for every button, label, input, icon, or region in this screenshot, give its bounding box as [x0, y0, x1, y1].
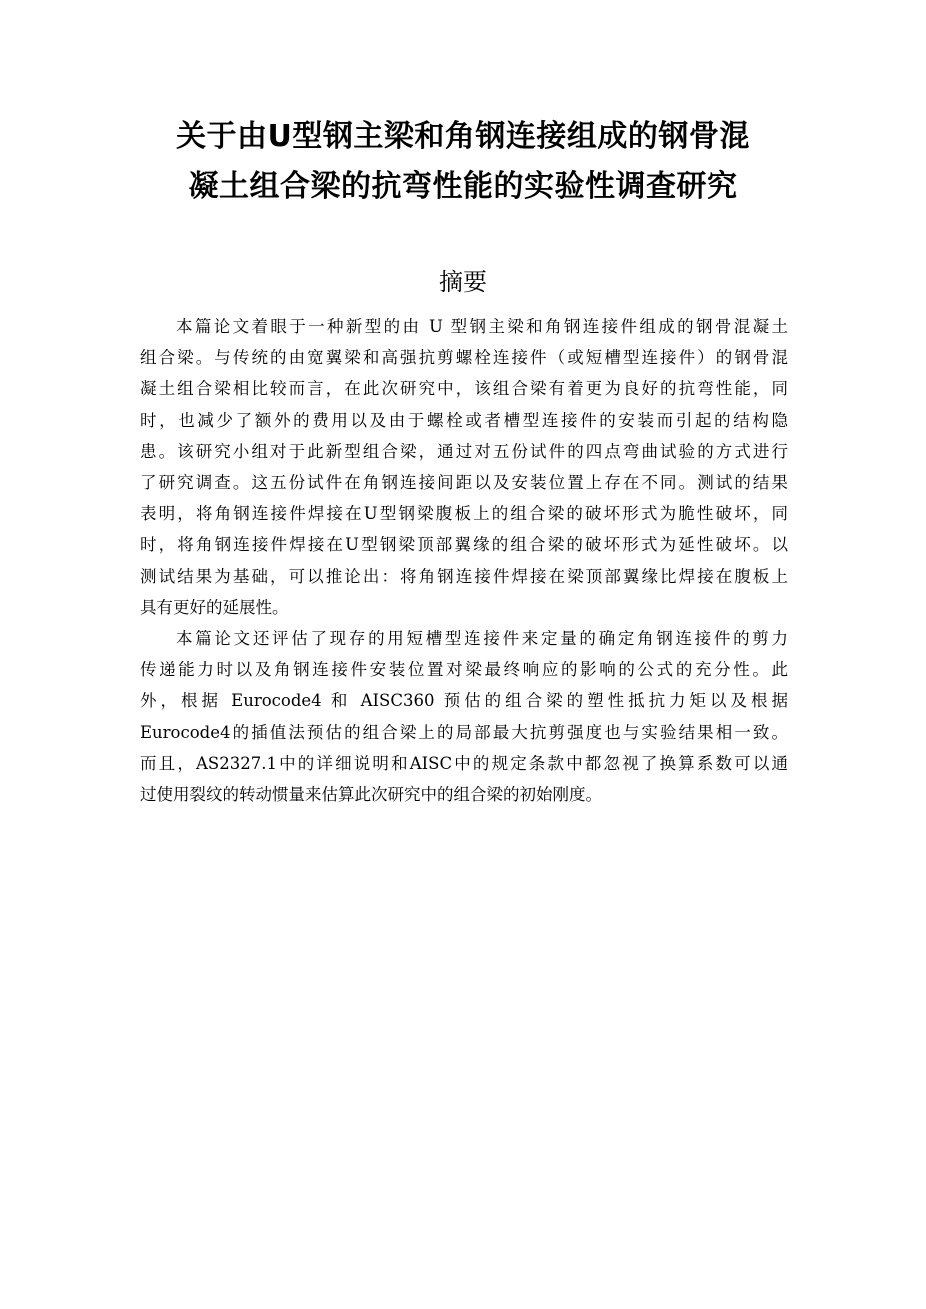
paragraph-line: Eurocode4的插值法预估的组合梁上的局部最大抗剪强度也与实验结果相一致。 [140, 717, 788, 748]
paragraph-line: 表明，将角钢连接件焊接在U型钢梁腹板上的组合梁的破坏形式为脆性破坏，同 [140, 498, 788, 529]
paper-title-line-2: 凝土组合梁的抗弯性能的实验性调查研究 [120, 162, 806, 212]
paragraph-line: 时，也减少了额外的费用以及由于螺栓或者槽型连接件的安装而引起的结构隐 [140, 405, 788, 436]
paragraph-line: 传递能力时以及角钢连接件安装位置对梁最终响应的影响的公式的充分性。此 [140, 654, 788, 685]
paper-title: 关于由U型钢主梁和角钢连接组成的钢骨混 凝土组合梁的抗弯性能的实验性调查研究 [120, 112, 806, 212]
paragraph-line: 本篇论文着眼于一种新型的由 U 型钢主梁和角钢连接件组成的钢骨混凝土 [140, 311, 788, 342]
paragraph-line: 凝土组合梁相比较而言，在此次研究中，该组合梁有着更为良好的抗弯性能，同 [140, 373, 788, 404]
paragraph-line: 时，将角钢连接件焊接在U型钢梁顶部翼缘的组合梁的破坏形式为延性破坏。以 [140, 529, 788, 560]
paragraph-line: 而且，AS2327.1中的详细说明和AISC中的规定条款中都忽视了换算系数可以通 [140, 748, 788, 779]
paragraph-line: 外，根据 Eurocode4 和 AISC360 预估的组合梁的塑性抵抗力矩以及… [140, 685, 788, 716]
paragraph-line: 患。该研究小组对于此新型组合梁，通过对五份试件的四点弯曲试验的方式进行 [140, 436, 788, 467]
paragraph-line: 本篇论文还评估了现存的用短槽型连接件来定量的确定角钢连接件的剪力 [140, 623, 788, 654]
abstract-paragraph-1: 本篇论文着眼于一种新型的由 U 型钢主梁和角钢连接件组成的钢骨混凝土 组合梁。与… [140, 311, 788, 623]
paragraph-line: 测试结果为基础，可以推论出：将角钢连接件焊接在梁顶部翼缘比焊接在腹板上 [140, 561, 788, 592]
paragraph-line: 过使用裂纹的转动惯量来估算此次研究中的组合梁的初始刚度。 [140, 779, 788, 810]
abstract-heading: 摘要 [0, 264, 926, 300]
abstract-paragraph-2: 本篇论文还评估了现存的用短槽型连接件来定量的确定角钢连接件的剪力 传递能力时以及… [140, 623, 788, 810]
paragraph-line: 组合梁。与传统的由宽翼梁和高强抗剪螺栓连接件（或短槽型连接件）的钢骨混 [140, 342, 788, 373]
paragraph-line: 了研究调查。这五份试件在角钢连接间距以及安装位置上存在不同。测试的结果 [140, 467, 788, 498]
paper-title-line-1: 关于由U型钢主梁和角钢连接组成的钢骨混 [120, 112, 806, 162]
paragraph-line: 具有更好的延展性。 [140, 592, 788, 623]
